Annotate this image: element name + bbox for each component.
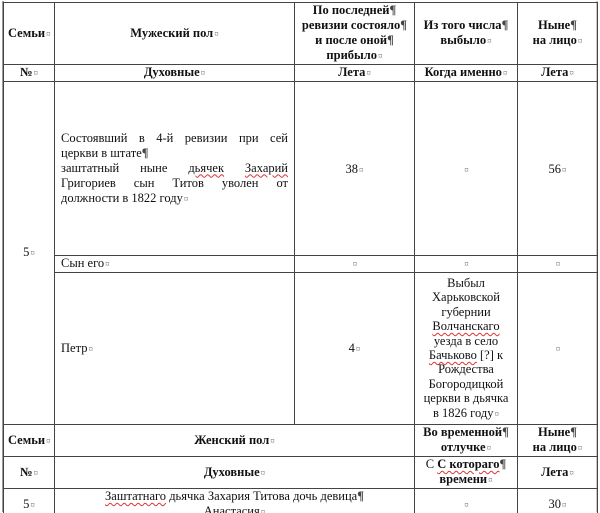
family-number-cell: 5¤ xyxy=(4,489,55,513)
years-last-revision-cell: 38¤ xyxy=(295,82,415,256)
subheader-years-now: Лета¤ xyxy=(518,65,598,82)
table-row: Сын его¤ ¤ ¤ ¤ xyxy=(4,256,598,273)
subheader-number: №¤ xyxy=(4,65,55,82)
years-now-cell: ¤ xyxy=(518,273,598,425)
header-now-present: Ныне¶ на лицо¤ xyxy=(518,3,598,65)
table-row: Петр¤ 4¤ Выбыл Харьковской губернии Волч… xyxy=(4,273,598,425)
header-of-these-left: Из того числа¶ выбыло¤ xyxy=(415,3,518,65)
header-female-sex: Женский пол¤ xyxy=(55,425,415,457)
left-when-cell: ¤ xyxy=(415,82,518,256)
years-now-cell: 30¤ xyxy=(518,489,598,513)
subheader-clergy: Духовные¤ xyxy=(55,457,415,489)
document-page: Семьи¤ Мужеский пол¤ По последней¶ ревиз… xyxy=(3,2,597,510)
since-when-cell: ¤ xyxy=(415,489,518,513)
clergy-entry-zakhariy: Состоявший в 4-й ревизии при сей церкви … xyxy=(55,82,295,256)
family-number-cell: 5¤ xyxy=(4,82,55,425)
years-last-revision-cell: ¤ xyxy=(295,256,415,273)
header-now-present: Ныне¶ на лицо¤ xyxy=(518,425,598,457)
male-header-row: Семьи¤ Мужеский пол¤ По последней¶ ревиз… xyxy=(4,3,598,65)
male-subheader-row: №¤ Духовные¤ Лета¤ Когда именно¤ Лета¤ xyxy=(4,65,598,82)
header-last-revision: По последней¶ ревизии состояло¶ и после … xyxy=(295,3,415,65)
header-male-sex: Мужеский пол¤ xyxy=(55,3,295,65)
subheader-years: Лета¤ xyxy=(518,457,598,489)
left-when-cell: ¤ xyxy=(415,256,518,273)
table-row: 5¤ Состоявший в 4-й ревизии при сей церк… xyxy=(4,82,598,256)
table-row: 5¤ Заштатнаго дьячка Захария Титова дочь… xyxy=(4,489,598,513)
years-last-revision-cell: 4¤ xyxy=(295,273,415,425)
female-header-row: Семьи¤ Женский пол¤ Во временной¶ отлучк… xyxy=(4,425,598,457)
left-when-cell: Выбыл Харьковской губернии Волчанскаго у… xyxy=(415,273,518,425)
clergy-register-table: Семьи¤ Мужеский пол¤ По последней¶ ревиз… xyxy=(3,2,598,513)
female-subheader-row: №¤ Духовные¤ С С котораго¶ времени¤ Лета… xyxy=(4,457,598,489)
subheader-clergy: Духовные¤ xyxy=(55,65,295,82)
years-now-cell: ¤ xyxy=(518,256,598,273)
header-family: Семьи¤ xyxy=(4,3,55,65)
header-temp-absence: Во временной¶ отлучке¤ xyxy=(415,425,518,457)
son-label-cell: Сын его¤ xyxy=(55,256,295,273)
subheader-years: Лета¤ xyxy=(295,65,415,82)
son-name-cell: Петр¤ xyxy=(55,273,295,425)
subheader-number: №¤ xyxy=(4,457,55,489)
years-now-cell: 56¤ xyxy=(518,82,598,256)
header-family: Семьи¤ xyxy=(4,425,55,457)
subheader-since-when: С С котораго¶ времени¤ xyxy=(415,457,518,489)
clergy-entry-anastasia: Заштатнаго дьячка Захария Титова дочь де… xyxy=(55,489,415,513)
subheader-when: Когда именно¤ xyxy=(415,65,518,82)
